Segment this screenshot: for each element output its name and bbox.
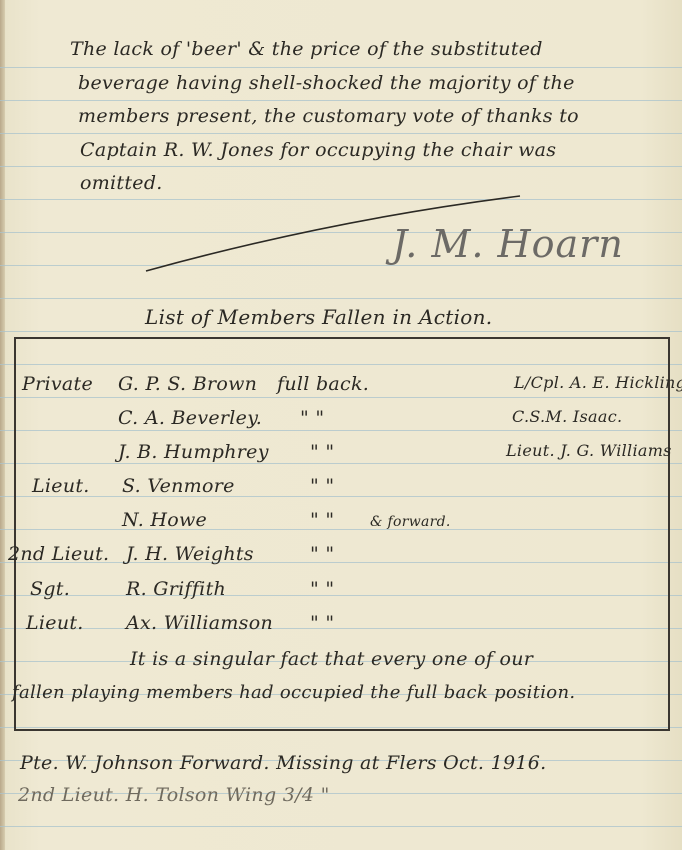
ditto-marks: " " bbox=[310, 543, 334, 565]
member-name: N. Howe bbox=[122, 509, 207, 531]
ditto-marks: " " bbox=[310, 509, 334, 531]
ditto-marks: " " bbox=[310, 578, 334, 600]
position: full back. bbox=[277, 373, 369, 395]
member-name: G. P. S. Brown bbox=[118, 373, 257, 395]
member-name: J. H. Weights bbox=[126, 543, 254, 565]
signature: J. M. Hoarn bbox=[392, 222, 624, 266]
ditto-marks: " " bbox=[300, 407, 324, 429]
member-name: J. B. Humphrey bbox=[118, 441, 269, 463]
rank: Lieut. bbox=[26, 612, 84, 634]
member-name: R. Griffith bbox=[126, 578, 226, 600]
rank: 2nd Lieut. bbox=[8, 543, 109, 565]
member-name: C. A. Beverley. bbox=[118, 407, 262, 429]
ditto-marks: " " bbox=[310, 441, 334, 463]
member-name: Ax. Williamson bbox=[126, 612, 273, 634]
rank: Private bbox=[22, 373, 93, 395]
rank: Sgt. bbox=[30, 578, 70, 600]
right-column-entry: C.S.M. Isaac. bbox=[512, 407, 622, 426]
ditto-marks: " " bbox=[310, 612, 334, 634]
member-name: S. Venmore bbox=[122, 475, 235, 497]
footnote-line: It is a singular fact that every one of … bbox=[130, 648, 533, 670]
position-note: & forward. bbox=[370, 514, 451, 530]
addendum-entry: 2nd Lieut. H. Tolson Wing 3/4 " bbox=[18, 784, 330, 806]
right-column-entry: Lieut. J. G. Williams bbox=[506, 441, 672, 460]
ditto-marks: " " bbox=[310, 475, 334, 497]
list-heading: List of Members Fallen in Action. bbox=[145, 305, 492, 329]
roll-of-honour-box bbox=[14, 337, 670, 731]
footnote-line: fallen playing members had occupied the … bbox=[12, 682, 575, 703]
right-column-entry: L/Cpl. A. E. Hickling bbox=[514, 373, 682, 392]
addendum-entry: Pte. W. Johnson Forward. Missing at Fler… bbox=[20, 752, 546, 774]
notebook-page: The lack of 'beer' & the price of the su… bbox=[0, 0, 682, 850]
rank: Lieut. bbox=[32, 475, 90, 497]
